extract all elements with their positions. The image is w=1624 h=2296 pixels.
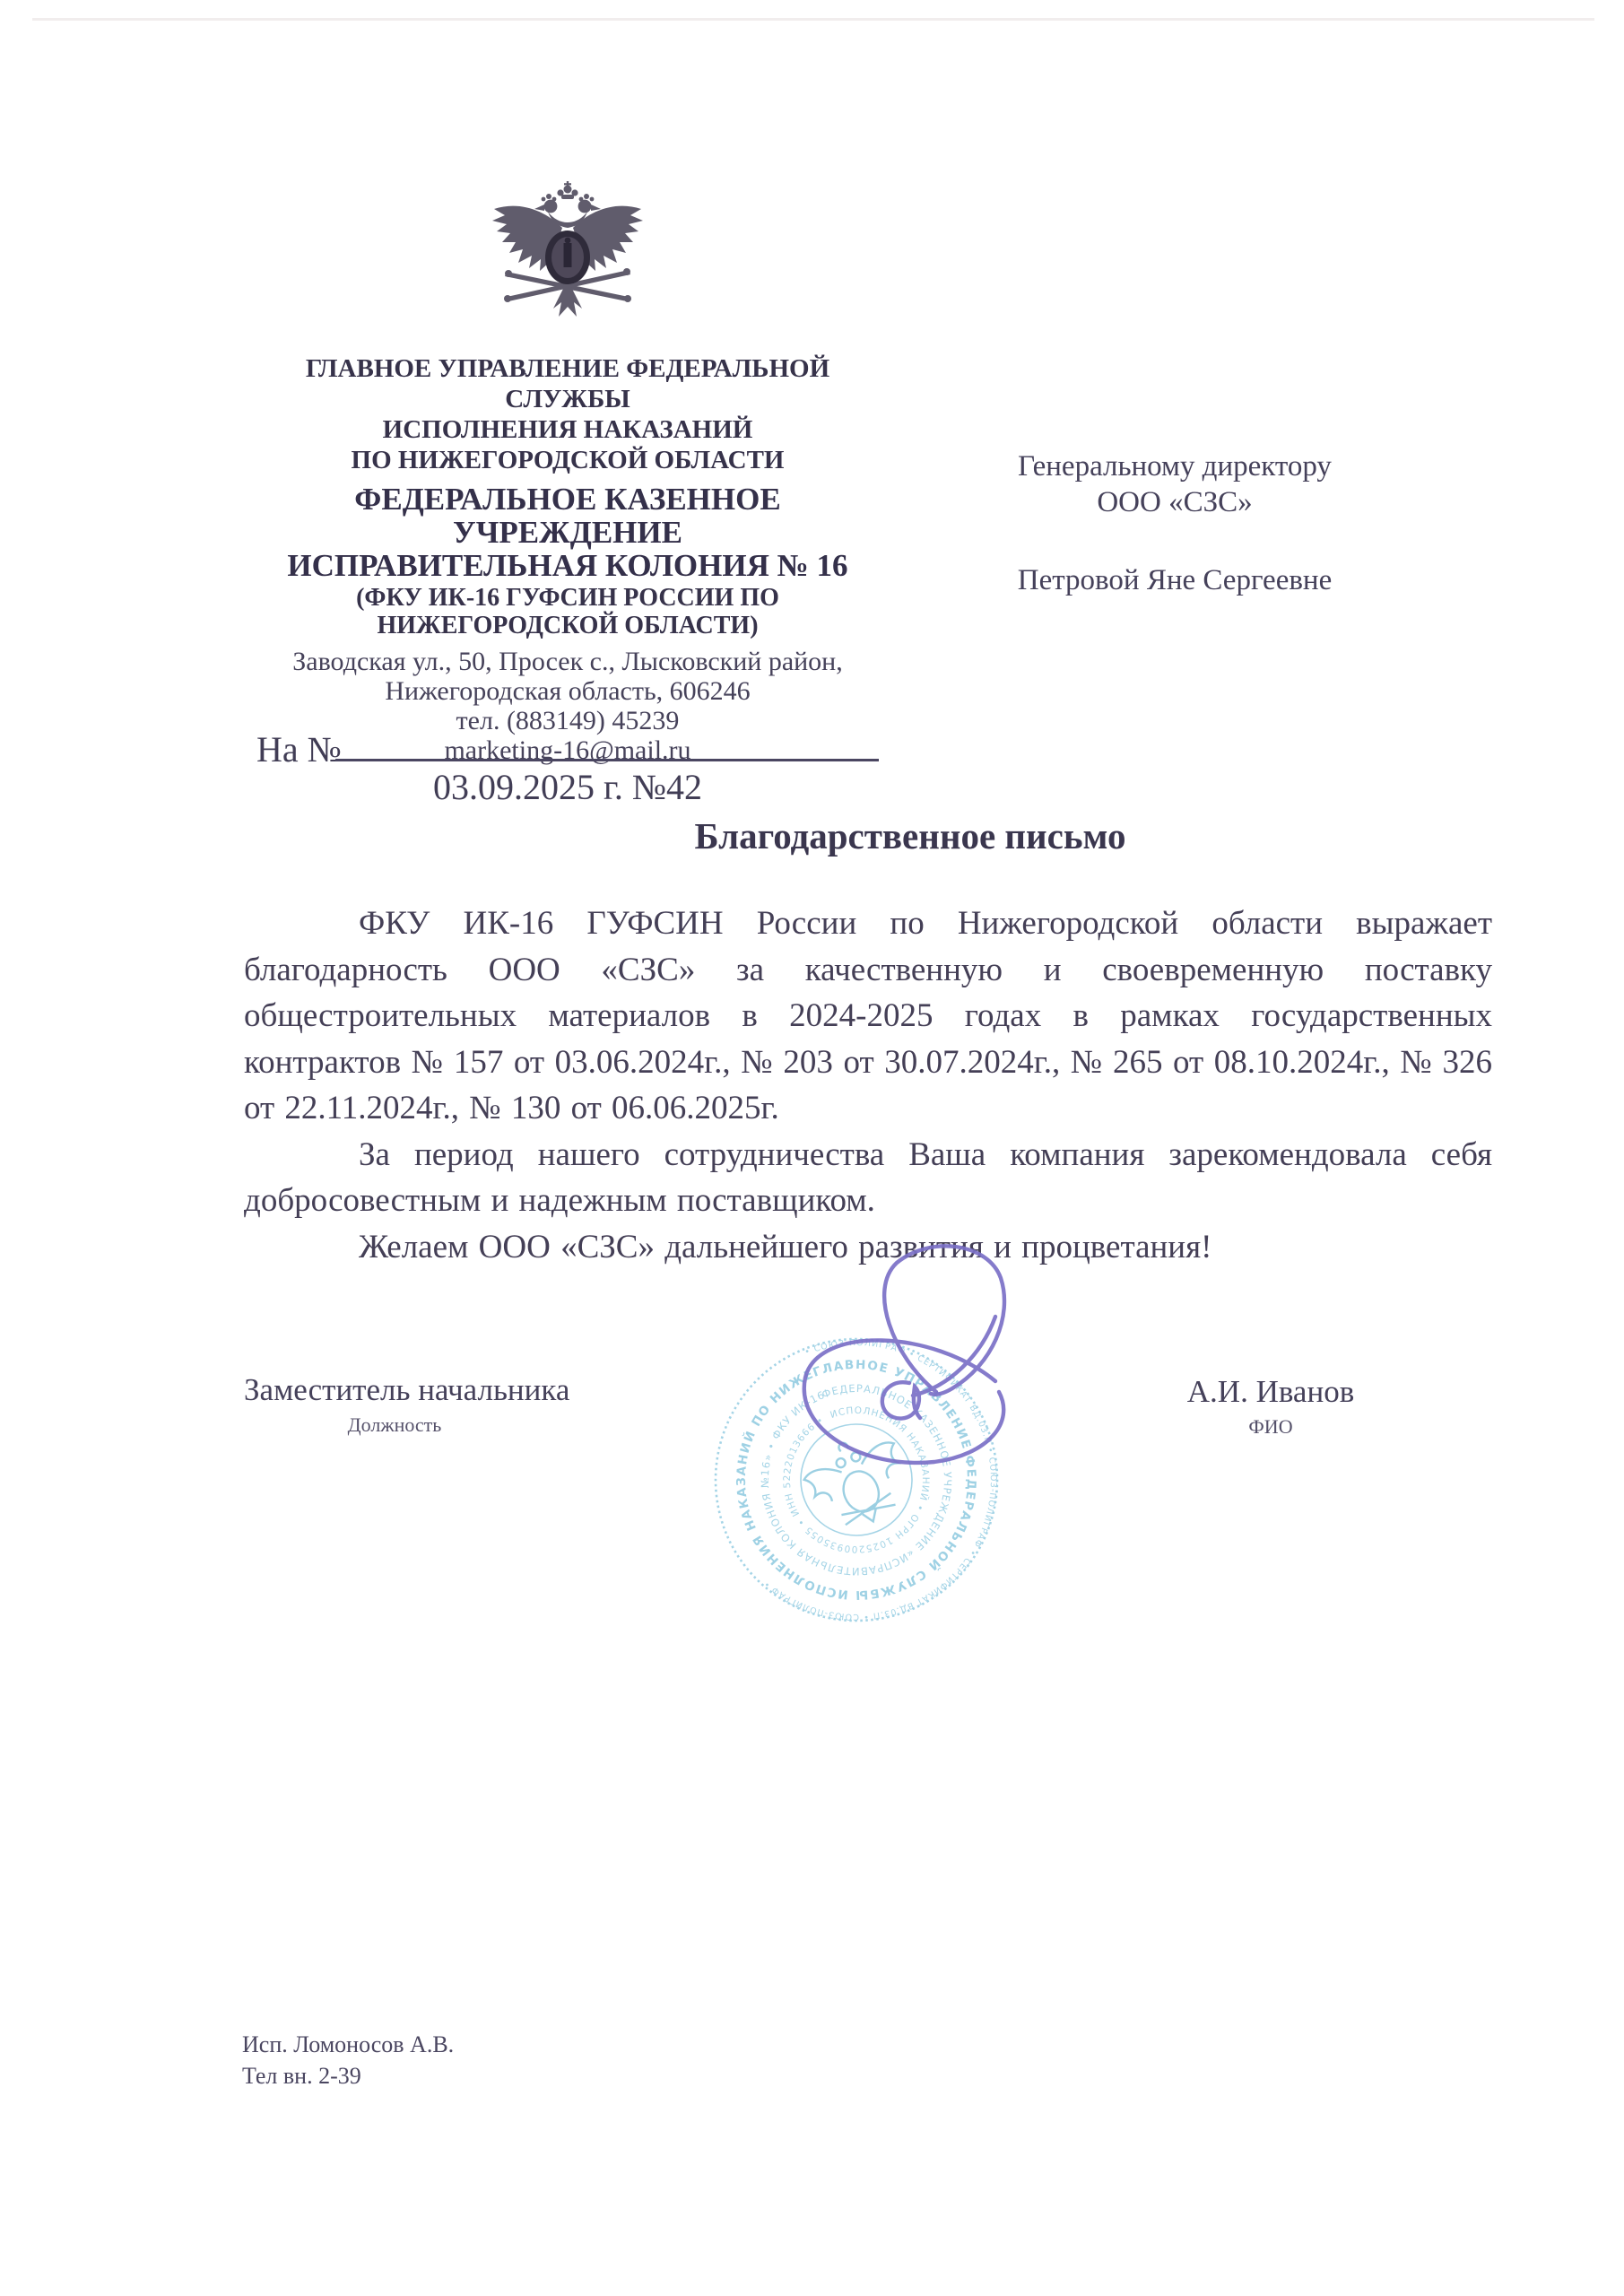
org-name-line: ГЛАВНОЕ УПРАВЛЕНИЕ ФЕДЕРАЛЬНОЙ СЛУЖБЫ	[240, 353, 895, 414]
reply-reference-label: На №	[256, 728, 884, 770]
letterhead-block: ГЛАВНОЕ УПРАВЛЕНИЕ ФЕДЕРАЛЬНОЙ СЛУЖБЫ ИС…	[240, 179, 895, 808]
org-name-line: ПО НИЖЕГОРОДСКОЙ ОБЛАСТИ	[240, 445, 895, 475]
institution-name-line: ФЕДЕРАЛЬНОЕ КАЗЕННОЕ УЧРЕЖДЕНИЕ	[240, 483, 895, 549]
recipient-position: Генеральному директору	[967, 448, 1383, 484]
executor-line: Исп. Ломоносов А.В.	[242, 2029, 454, 2060]
signer-name-block: А.И. Иванов ФИО	[1123, 1374, 1419, 1439]
recipient-name: Петровой Яне Сергеевне	[967, 562, 1383, 598]
scanned-letter-page: { "document": { "letterhead": { "org_lin…	[0, 0, 1624, 2296]
address-line: Нижегородская область, 606246	[240, 676, 895, 706]
org-name-line: ИСПОЛНЕНИЯ НАКАЗАНИЙ	[240, 414, 895, 445]
signer-name-caption: ФИО	[1123, 1415, 1419, 1439]
body-paragraph: ФКУ ИК-16 ГУФСИН России по Нижегородской…	[244, 900, 1492, 1132]
address-line: Заводская ул., 50, Просек с., Лысковский…	[240, 647, 895, 676]
signer-name: А.И. Иванов	[1123, 1374, 1419, 1410]
recipient-company: ООО «СЗС»	[967, 484, 1383, 520]
internal-phone-line: Тел вн. 2-39	[242, 2060, 454, 2092]
recipient-block: Генеральному директору ООО «СЗС» Петрово…	[967, 448, 1383, 598]
signer-position-block: Заместитель начальника Должность	[244, 1372, 656, 1437]
letter-body: ФКУ ИК-16 ГУФСИН России по Нижегородской…	[244, 900, 1492, 1270]
institution-abbreviation: (ФКУ ИК-16 ГУФСИН РОССИИ ПО НИЖЕГОРОДСКО…	[240, 584, 895, 639]
fsin-eagle-emblem-icon	[485, 179, 650, 321]
handwritten-signature	[771, 1229, 1067, 1507]
scan-edge-artifact	[32, 18, 1594, 21]
document-title: Благодарственное письмо	[287, 814, 1533, 857]
institution-name-line: ИСПРАВИТЕЛЬНАЯ КОЛОНИЯ № 16	[240, 549, 895, 582]
signer-position-caption: Должность	[244, 1413, 545, 1437]
body-paragraph: За период нашего сотрудничества Ваша ком…	[244, 1132, 1492, 1224]
date-and-number: 03.09.2025 г. №42	[240, 767, 895, 808]
signer-position: Заместитель начальника	[244, 1372, 656, 1408]
footer-block: Исп. Ломоносов А.В. Тел вн. 2-39	[242, 2029, 454, 2092]
reply-reference-blank-line	[335, 759, 879, 761]
